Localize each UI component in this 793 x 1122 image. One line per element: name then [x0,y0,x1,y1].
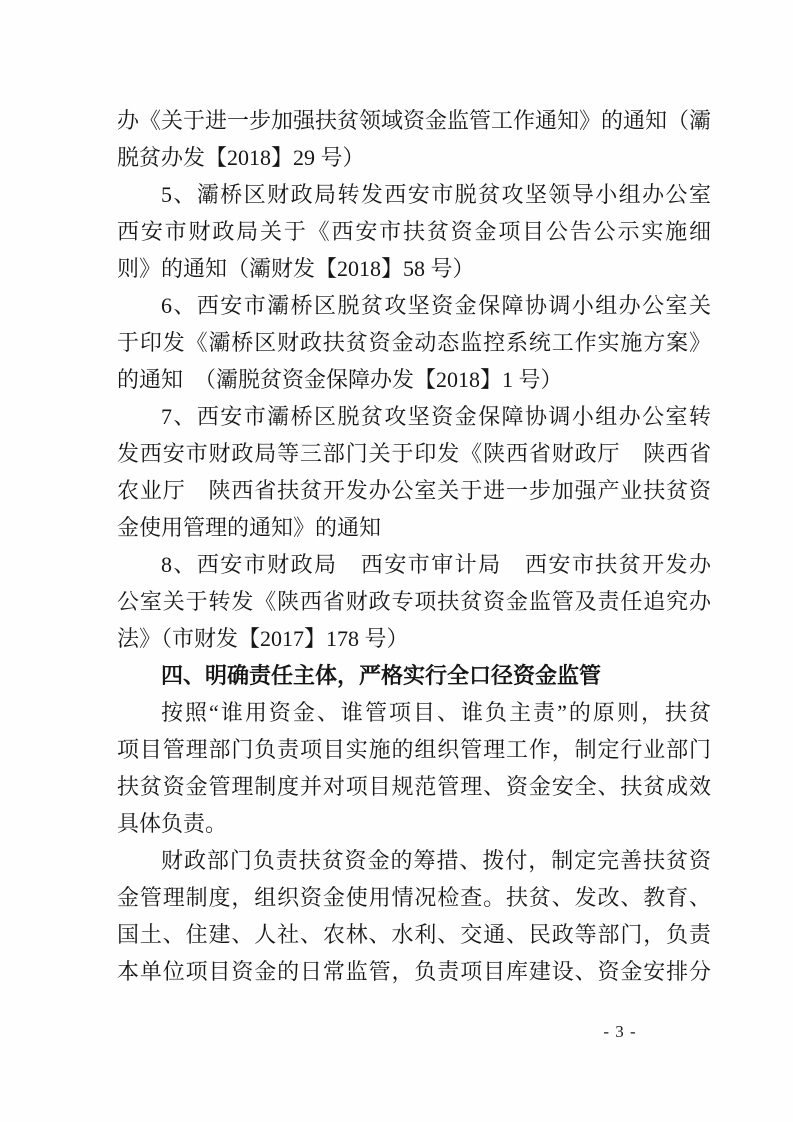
text-line: 西安市财政局关于《西安市扶贫资金项目公告公示实施细 [117,213,711,250]
text-line: 公室关于转发《陕西省财政专项扶贫资金监管及责任追究办 [117,583,711,620]
text-line: 农业厅 陕西省扶贫开发办公室关于进一步加强产业扶贫资 [117,472,711,509]
section-heading: 四、明确责任主体，严格实行全口径资金监管 [117,657,711,694]
text-line: 国土、住建、人社、农林、水利、交通、民政等部门，负责 [117,916,711,953]
text-line: 法》（市财发【2017】178 号） [117,620,711,657]
document-page: 办《关于进一步加强扶贫领域资金监管工作通知》的通知（灞脱贫办发【2018】29 … [0,0,793,1122]
page-number: - 3 - [560,1022,680,1042]
text-line: 扶贫资金管理制度并对项目规范管理、资金安全、扶贫成效 [117,768,711,805]
text-line: 金使用管理的通知》的通知 [117,509,711,546]
text-line: 8、西安市财政局 西安市审计局 西安市扶贫开发办 [117,546,711,583]
text-line: 则》的通知（灞财发【2018】58 号） [117,250,711,287]
text-line: 发西安市财政局等三部门关于印发《陕西省财政厅 陕西省 [117,435,711,472]
text-line: 财政部门负责扶贫资金的筹措、拨付，制定完善扶贫资 [117,842,711,879]
text-line: 具体负责。 [117,805,711,842]
text-line: 于印发《灞桥区财政扶贫资金动态监控系统工作实施方案》 [117,324,711,361]
text-line: 6、西安市灞桥区脱贫攻坚资金保障协调小组办公室关 [117,287,711,324]
text-line: 按照“谁用资金、谁管项目、谁负主责”的原则，扶贫 [117,694,711,731]
text-line: 7、西安市灞桥区脱贫攻坚资金保障协调小组办公室转 [117,398,711,435]
text-line: 的通知 （灞脱贫资金保障办发【2018】1 号） [117,361,711,398]
text-line: 项目管理部门负责项目实施的组织管理工作，制定行业部门 [117,731,711,768]
text-line: 脱贫办发【2018】29 号） [117,139,711,176]
text-line: 本单位项目资金的日常监管，负责项目库建设、资金安排分 [117,953,711,990]
text-line: 办《关于进一步加强扶贫领域资金监管工作通知》的通知（灞 [117,102,711,139]
text-line: 金管理制度，组织资金使用情况检查。扶贫、发改、教育、 [117,879,711,916]
text-line: 5、灞桥区财政局转发西安市脱贫攻坚领导小组办公室 [117,176,711,213]
document-lines: 办《关于进一步加强扶贫领域资金监管工作通知》的通知（灞脱贫办发【2018】29 … [117,102,711,990]
